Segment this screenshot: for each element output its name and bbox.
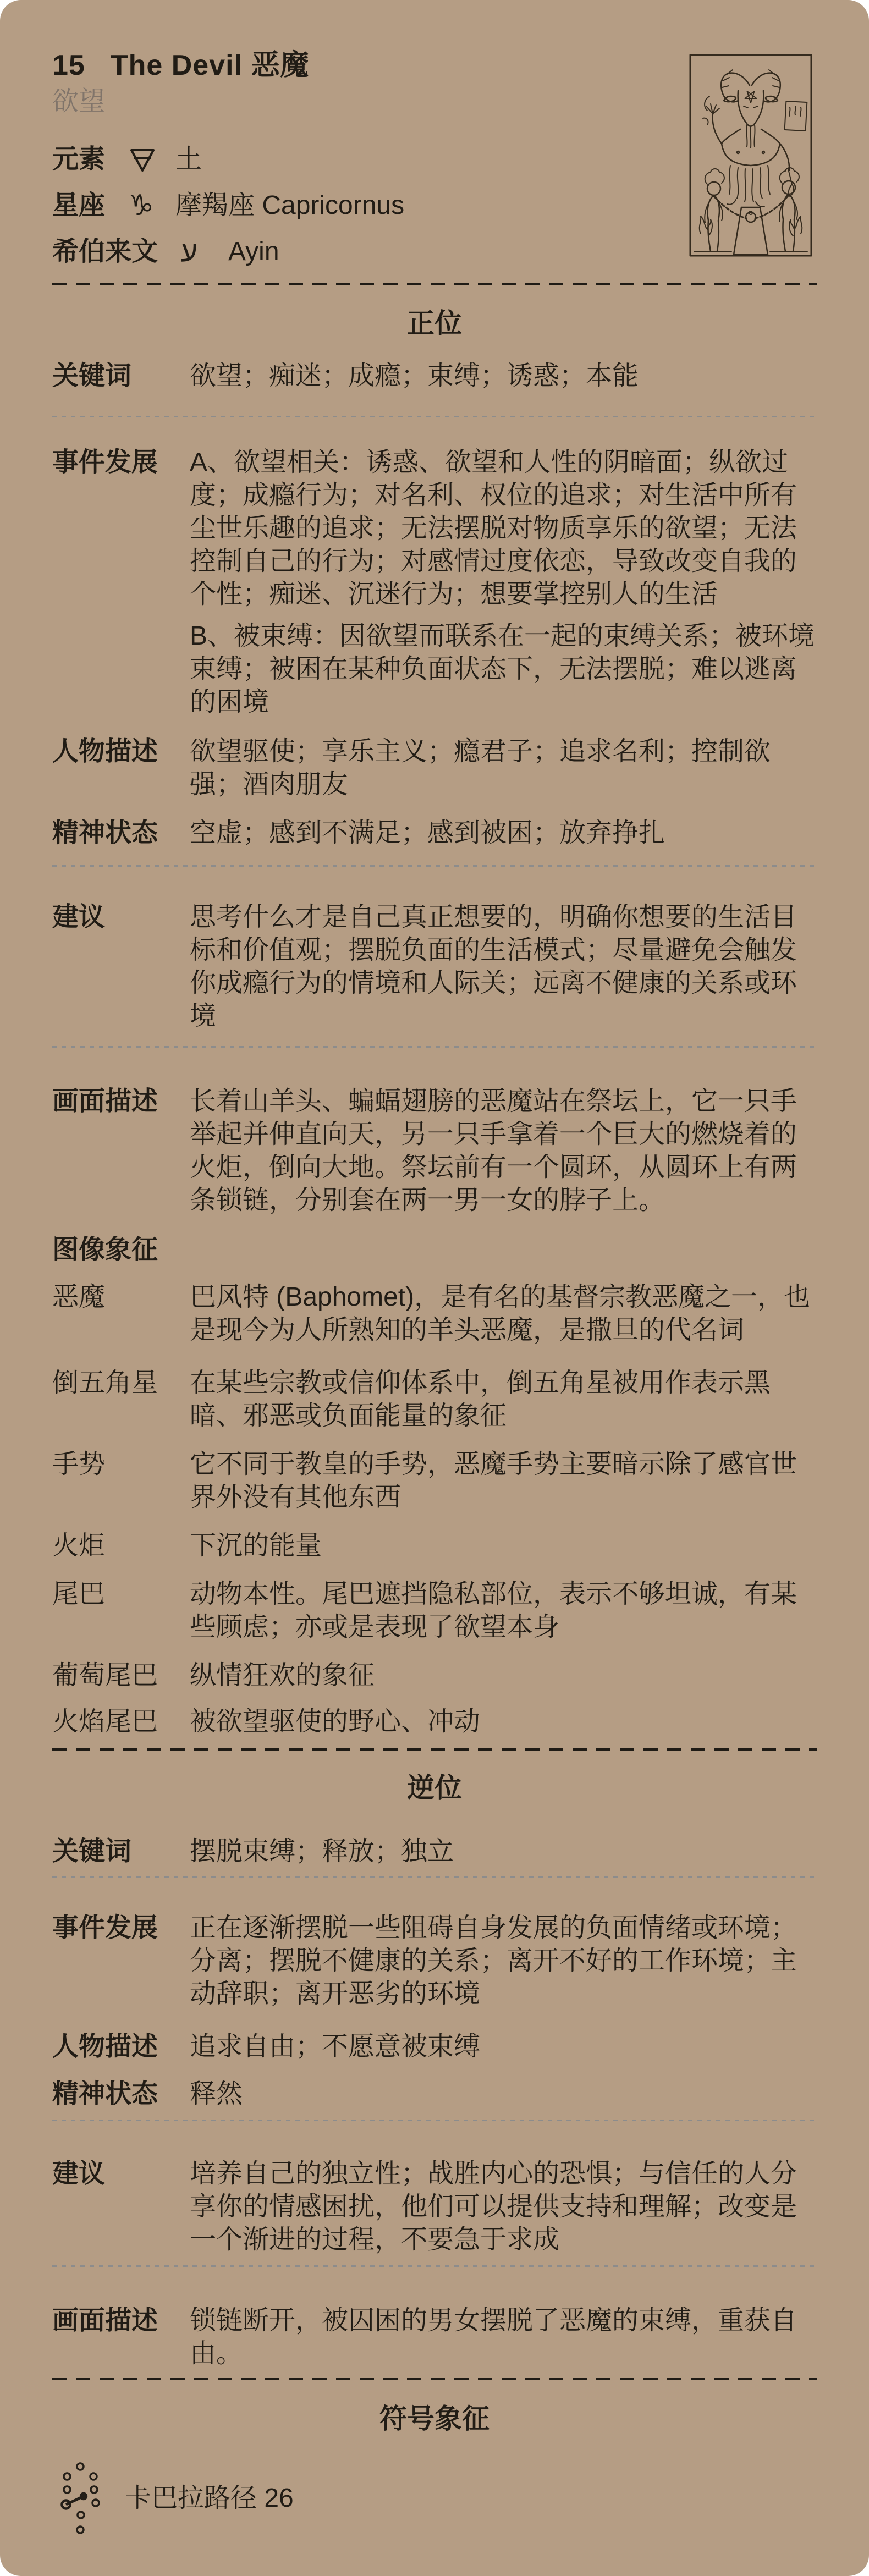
symbol-term: 倒五角星: [52, 1367, 190, 1400]
zodiac-value: 摩羯座 Capricornus: [175, 189, 404, 222]
keywords-label: 关键词: [52, 1835, 190, 1868]
symbols-section-title: 符号象征: [52, 2402, 817, 2435]
symbol-row: 葡萄尾巴 纵情狂欢的象征: [52, 1659, 817, 1692]
dashed-divider: [52, 416, 817, 417]
events-label: 事件发展: [52, 1912, 190, 1945]
scene-label: 画面描述: [52, 2304, 190, 2337]
dashed-divider: [52, 283, 817, 285]
earth-element-icon: [128, 145, 163, 174]
advice-row: 建议 思考什么才是自己真正想要的，明确你想要的生活目标和价值观；摆脱负面的生活模…: [52, 901, 817, 1033]
person-row: 人物描述 追求自由；不愿意被束缚: [52, 2030, 817, 2063]
upright-title: 正位: [52, 307, 817, 340]
kabbalah-path-label: 卡巴拉路径 26: [125, 2482, 294, 2515]
symbol-row: 倒五角星 在某些宗教或信仰体系中，倒五角星被用作表示黑暗、邪恶或负面能量的象征: [52, 1367, 817, 1433]
advice-value: 培养自己的独立性；战胜内心的恐惧；与信任的人分享你的情感困扰，他们可以提供支持和…: [190, 2157, 817, 2256]
mind-value: 释然: [190, 2078, 817, 2111]
symbol-term: 手势: [52, 1448, 190, 1481]
section-symbols: 符号象征 卡巴拉路径 26: [52, 2402, 817, 2535]
keywords-row: 关键词 摆脱束缚；释放；独立: [52, 1835, 817, 1868]
dashed-divider: [52, 1046, 817, 1048]
symbol-row: 火炬 下沉的能量: [52, 1529, 817, 1562]
scene-value: 长着山羊头、蝙蝠翅膀的恶魔站在祭坛上，它一只手举起并伸直向天，另一只手拿着一个巨…: [190, 1085, 817, 1217]
events-paragraph-a: A、欲望相关：诱惑、欲望和人性的阴暗面；纵欲过度；成瘾行为；对名利、权位的追求；…: [190, 446, 817, 611]
person-value: 追求自由；不愿意被束缚: [190, 2030, 817, 2063]
advice-label: 建议: [52, 901, 190, 934]
symbol-meaning: 动物本性。尾巴遮挡隐私部位，表示不够坦诚，有某些顾虑；亦或是表现了欲望本身: [190, 1578, 817, 1644]
advice-row: 建议 培养自己的独立性；战胜内心的恐惧；与信任的人分享你的情感困扰，他们可以提供…: [52, 2157, 817, 2256]
keywords-value: 摆脱束缚；释放；独立: [190, 1835, 817, 1868]
kabbalah-tree-icon: [59, 2462, 102, 2535]
symbol-row: 尾巴 动物本性。尾巴遮挡隐私部位，表示不够坦诚，有某些顾虑；亦或是表现了欲望本身: [52, 1578, 817, 1644]
symbol-meaning: 巴风特 (Baphomet)，是有名的基督宗教恶魔之一，也是现今为人所熟知的羊头…: [190, 1281, 817, 1347]
symbol-term: 尾巴: [52, 1578, 190, 1611]
capricorn-icon: ♑: [128, 189, 163, 222]
section-upright: 正位 关键词 欲望；痴迷；成瘾；束缚；诱惑；本能 事件发展 A、欲望相关：诱惑、…: [52, 307, 817, 1738]
reversed-title: 逆位: [52, 1771, 817, 1804]
tarot-reference-page: 15The Devil 恶魔 欲望 元素 土 星座 ♑ 摩羯座 Capricor…: [0, 0, 869, 2576]
symbol-meaning: 它不同于教皇的手势，恶魔手势主要暗示除了感官世界外没有其他东西: [190, 1448, 817, 1514]
tarot-card-image: [687, 52, 814, 258]
element-label: 元素: [52, 143, 105, 176]
events-paragraph-b: B、被束缚：因欲望而联系在一起的束缚关系；被环境束缚；被困在某种负面状态下，无法…: [190, 620, 817, 719]
card-number: 15: [52, 49, 85, 81]
dashed-divider: [52, 1748, 817, 1751]
dashed-divider: [52, 2378, 817, 2380]
events-row: 事件发展 A、欲望相关：诱惑、欲望和人性的阴暗面；纵欲过度；成瘾行为；对名利、权…: [52, 446, 817, 719]
person-label: 人物描述: [52, 2030, 190, 2063]
scene-label: 画面描述: [52, 1085, 190, 1118]
dashed-divider: [52, 2120, 817, 2121]
symbol-term: 火炬: [52, 1529, 190, 1562]
hebrew-label: 希伯来文: [52, 235, 158, 268]
scene-value: 锁链断开，被囚困的男女摆脱了恶魔的束缚，重获自由。: [190, 2304, 817, 2370]
events-value: 正在逐渐摆脱一些阻碍自身发展的负面情绪或环境；分离；摆脱不健康的关系；离开不好的…: [190, 1912, 817, 2011]
symbol-term: 恶魔: [52, 1281, 190, 1314]
zodiac-label: 星座: [52, 189, 105, 222]
dashed-divider: [52, 1876, 817, 1878]
keywords-row: 关键词 欲望；痴迷；成瘾；束缚；诱惑；本能: [52, 360, 817, 393]
mind-label: 精神状态: [52, 817, 190, 850]
scene-row: 画面描述 长着山羊头、蝙蝠翅膀的恶魔站在祭坛上，它一只手举起并伸直向天，另一只手…: [52, 1085, 817, 1217]
advice-value: 思考什么才是自己真正想要的，明确你想要的生活目标和价值观；摆脱负面的生活模式；尽…: [190, 901, 817, 1033]
dashed-divider: [52, 865, 817, 867]
symbol-row: 火焰尾巴 被欲望驱使的野心、冲动: [52, 1705, 817, 1738]
ayin-letter-icon: ע: [181, 235, 216, 268]
symbol-term: 葡萄尾巴: [52, 1659, 190, 1692]
keywords-value: 欲望；痴迷；成瘾；束缚；诱惑；本能: [190, 360, 817, 393]
person-label: 人物描述: [52, 735, 190, 768]
kabbalah-row: 卡巴拉路径 26: [52, 2462, 817, 2535]
section-reversed: 逆位 关键词 摆脱束缚；释放；独立 事件发展 正在逐渐摆脱一些阻碍自身发展的负面…: [52, 1771, 817, 2370]
mind-row: 精神状态 释然: [52, 2078, 817, 2111]
symbol-term: 火焰尾巴: [52, 1705, 190, 1738]
scene-row: 画面描述 锁链断开，被囚困的男女摆脱了恶魔的束缚，重获自由。: [52, 2304, 817, 2370]
symbol-meaning: 在某些宗教或信仰体系中，倒五角星被用作表示黑暗、邪恶或负面能量的象征: [190, 1367, 817, 1433]
element-value: 土: [175, 143, 202, 176]
events-row: 事件发展 正在逐渐摆脱一些阻碍自身发展的负面情绪或环境；分离；摆脱不健康的关系；…: [52, 1912, 817, 2011]
advice-label: 建议: [52, 2157, 190, 2190]
events-value: A、欲望相关：诱惑、欲望和人性的阴暗面；纵欲过度；成瘾行为；对名利、权位的追求；…: [190, 446, 817, 719]
keywords-label: 关键词: [52, 360, 190, 393]
image-symbols-title: 图像象征: [52, 1234, 817, 1267]
mind-value: 空虚；感到不满足；感到被困；放弃挣扎: [190, 817, 817, 850]
events-label: 事件发展: [52, 446, 190, 479]
card-name-zh: 恶魔: [251, 49, 309, 81]
symbol-meaning: 被欲望驱使的野心、冲动: [190, 1705, 817, 1738]
mind-label: 精神状态: [52, 2078, 190, 2111]
card-name-en: The Devil: [111, 49, 243, 81]
symbol-row: 恶魔 巴风特 (Baphomet)，是有名的基督宗教恶魔之一，也是现今为人所熟知…: [52, 1281, 817, 1347]
symbol-row: 手势 它不同于教皇的手势，恶魔手势主要暗示除了感官世界外没有其他东西: [52, 1448, 817, 1514]
person-row: 人物描述 欲望驱使；享乐主义；瘾君子；追求名利；控制欲强；酒肉朋友: [52, 735, 817, 801]
mind-row: 精神状态 空虚；感到不满足；感到被困；放弃挣扎: [52, 817, 817, 850]
symbol-meaning: 下沉的能量: [190, 1529, 817, 1562]
symbol-meaning: 纵情狂欢的象征: [190, 1659, 817, 1692]
hebrew-value: Ayin: [228, 235, 279, 268]
person-value: 欲望驱使；享乐主义；瘾君子；追求名利；控制欲强；酒肉朋友: [190, 735, 817, 801]
dashed-divider: [52, 2265, 817, 2267]
